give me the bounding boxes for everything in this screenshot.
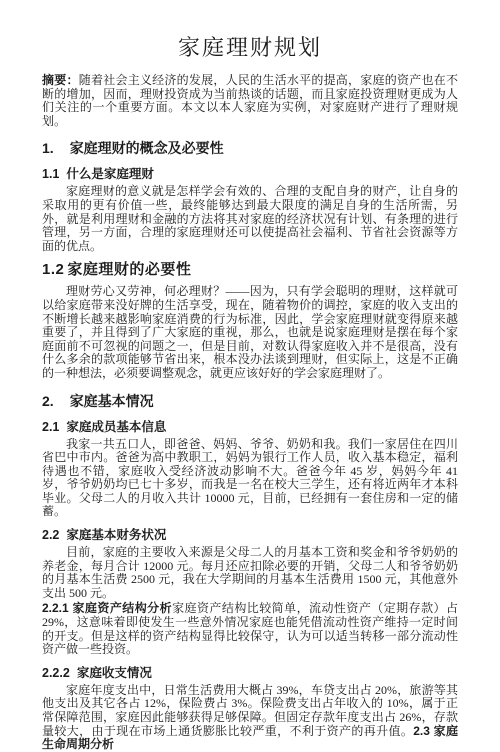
paragraph-2-2-2-text: 家庭年度支出中，日常生活费用大概占 39%，车贷支出占 20%，旅游等其他支出及… xyxy=(42,683,458,738)
section-heading-1-2: 1.2家庭理财的必要性 xyxy=(42,261,458,279)
paragraph-2-2-2: 家庭年度支出中，日常生活费用大概占 39%，车贷支出占 20%，旅游等其他支出及… xyxy=(42,684,458,752)
abstract-paragraph: 摘要：随着社会主义经济的发展，人民的生活水平的提高，家庭的资产也在不断的增加，因… xyxy=(42,74,458,128)
section-title: 家庭成员基本信息 xyxy=(66,420,166,434)
section-number: 2.2.2 xyxy=(42,666,70,680)
document-page: 家庭理财规划 摘要：随着社会主义经济的发展，人民的生活水平的提高，家庭的资产也在… xyxy=(0,0,500,707)
section-title: 家庭基本情况 xyxy=(70,393,154,409)
paragraph-2-2-1: 2.2.1 家庭资产结构分析家庭资产结构比较简单，流动性资产（定期存款）占 29… xyxy=(42,602,458,656)
section-heading-1: 1.家庭理财的概念及必要性 xyxy=(42,140,458,157)
paragraph-2-1: 我家一共五口人，即爸爸、妈妈、爷爷、奶奶和我。我们一家居住在四川省巴中市内。爸爸… xyxy=(42,438,458,520)
paragraph-2-2: 目前，家庭的主要收入来源是父母二人的月基本工资和奖金和爷爷奶奶的养老金，每月合计… xyxy=(42,546,458,600)
section-heading-2-2: 2.2家庭基本财务状况 xyxy=(42,528,458,543)
section-title: 什么是家庭理财 xyxy=(66,167,154,181)
section-title: 家庭基本财务状况 xyxy=(66,528,166,542)
section-title: 家庭收支情况 xyxy=(77,666,152,680)
inline-heading-2-2-1: 2.2.1 家庭资产结构分析 xyxy=(42,601,172,615)
section-number: 1.2 xyxy=(42,261,64,278)
document-title: 家庭理财规划 xyxy=(42,34,458,62)
abstract-text: 随着社会主义经济的发展，人民的生活水平的提高，家庭的资产也在不断的增加，因而，理… xyxy=(42,73,458,128)
section-number: 2.1 xyxy=(42,420,59,434)
section-title: 家庭理财的必要性 xyxy=(67,261,191,278)
paragraph-1-2: 理财劳心又劳神，何必理财？——因为，只有学会聪明的理财，这样就可以给家庭带来没好… xyxy=(42,285,458,380)
section-heading-2-1: 2.1家庭成员基本信息 xyxy=(42,420,458,435)
section-number: 2. xyxy=(42,393,54,409)
section-number: 1.1 xyxy=(42,167,59,181)
section-number: 1. xyxy=(42,140,54,156)
abstract-label: 摘要： xyxy=(42,73,79,87)
paragraph-1-1: 家庭理财的意义就是怎样学会有效的、合理的支配自身的财产，让自身的采取用的更有价值… xyxy=(42,185,458,253)
section-heading-1-1: 1.1什么是家庭理财 xyxy=(42,167,458,182)
section-number: 2.2 xyxy=(42,528,59,542)
section-heading-2-2-2: 2.2.2家庭收支情况 xyxy=(42,666,458,681)
section-heading-2: 2.家庭基本情况 xyxy=(42,393,458,410)
section-title: 家庭理财的概念及必要性 xyxy=(70,140,224,156)
